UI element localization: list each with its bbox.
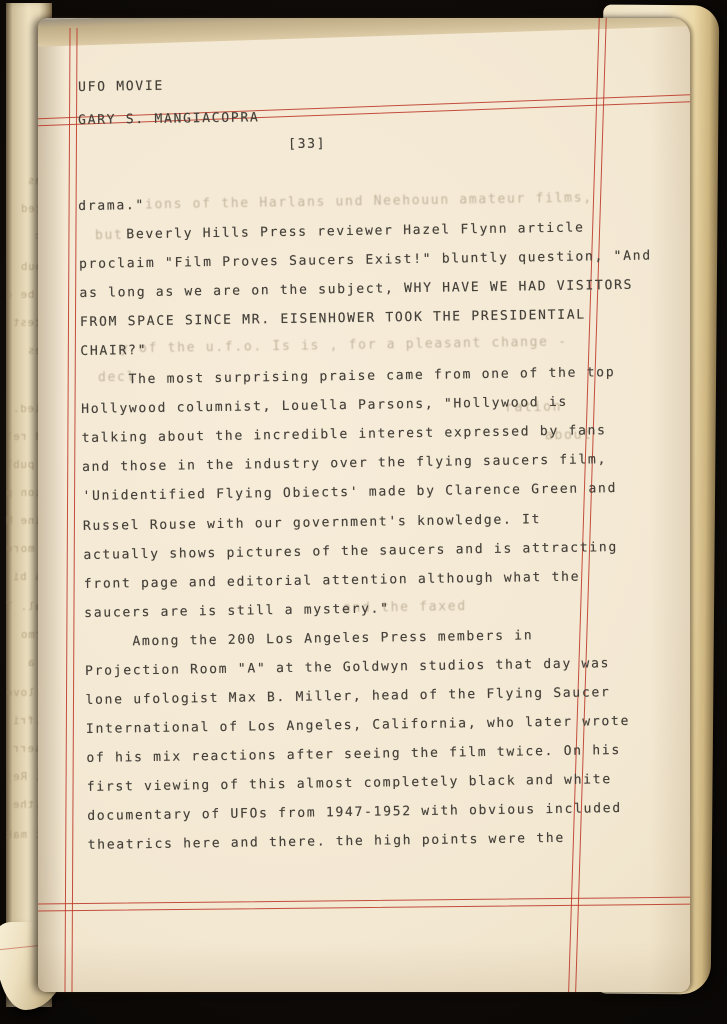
author-line: GARY S. MANGIACOPRA (78, 110, 260, 128)
page-top-fold (38, 18, 690, 47)
page-number: [33] (288, 136, 326, 152)
photo-backdrop: ansatedAFdoubo be catestResried.rd rele … (0, 0, 727, 1024)
document-page: ions of the Harlans und Neehouun amateur… (38, 18, 690, 992)
margin-rule-left (64, 28, 77, 992)
margin-rule-bottom (38, 897, 690, 912)
typed-body: drama." Beverly Hills Press reviewer Haz… (78, 184, 661, 861)
running-header: UFO MOVIE (78, 79, 164, 95)
